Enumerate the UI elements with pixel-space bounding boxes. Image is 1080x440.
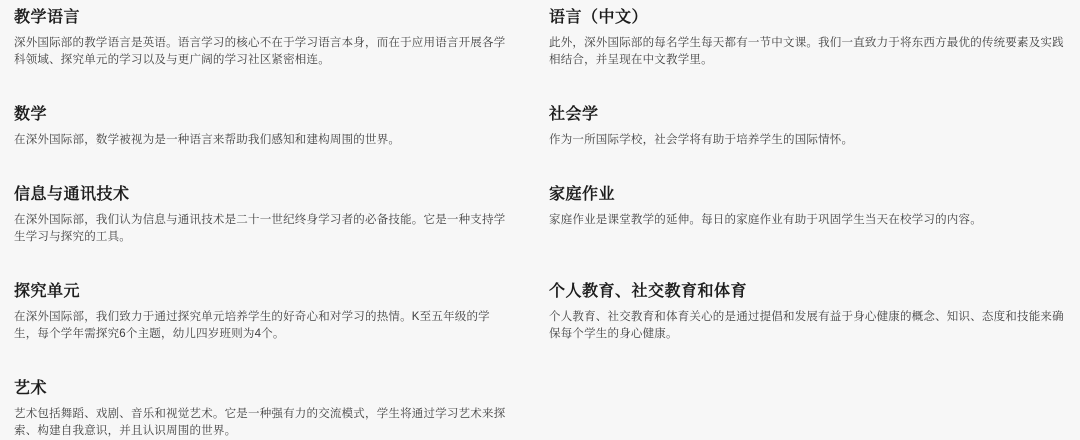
section-title: 社会学 xyxy=(549,105,1066,125)
section-units-of-inquiry: 探究单元 在深外国际部，我们致力于通过探究单元培养学生的好奇心和对学习的热情。K… xyxy=(14,282,511,343)
section-body: 在深外国际部，数学被视为是一种语言来帮助我们感知和建构周围的世界。 xyxy=(14,132,511,149)
section-language-chinese: 语言（中文） 此外，深外国际部的每名学生每天都有一节中文课。我们一直致力于将东西… xyxy=(549,8,1066,69)
page: { "page": { "background": "#f7f7f7", "he… xyxy=(0,0,1080,440)
section-body: 艺术包括舞蹈、戏剧、音乐和视觉艺术。它是一种强有力的交流模式，学生将通过学习艺术… xyxy=(14,406,511,440)
section-body: 在深外国际部，我们认为信息与通讯技术是二十一世纪终身学习者的必备技能。它是一种支… xyxy=(14,212,511,246)
section-body: 个人教育、社交教育和体育关心的是通过提倡和发展有益于身心健康的概念、知识、态度和… xyxy=(549,309,1066,343)
section-pspe: 个人教育、社交教育和体育 个人教育、社交教育和体育关心的是通过提倡和发展有益于身… xyxy=(549,282,1066,343)
section-social-studies: 社会学 作为一所国际学校，社会学将有助于培养学生的国际情怀。 xyxy=(549,105,1066,149)
section-title: 个人教育、社交教育和体育 xyxy=(549,282,1066,302)
section-title: 教学语言 xyxy=(14,8,511,28)
section-title: 家庭作业 xyxy=(549,185,1066,205)
section-mathematics: 数学 在深外国际部，数学被视为是一种语言来帮助我们感知和建构周围的世界。 xyxy=(14,105,511,149)
section-body: 深外国际部的教学语言是英语。语言学习的核心不在于学习语言本身，而在于应用语言开展… xyxy=(14,35,511,69)
section-arts: 艺术 艺术包括舞蹈、戏剧、音乐和视觉艺术。它是一种强有力的交流模式，学生将通过学… xyxy=(14,379,511,440)
curriculum-sections-grid: 教学语言 深外国际部的教学语言是英语。语言学习的核心不在于学习语言本身，而在于应… xyxy=(0,0,1080,440)
section-body: 家庭作业是课堂教学的延伸。每日的家庭作业有助于巩固学生当天在校学习的内容。 xyxy=(549,212,1066,229)
section-title: 艺术 xyxy=(14,379,511,399)
section-title: 语言（中文） xyxy=(549,8,1066,28)
section-homework: 家庭作业 家庭作业是课堂教学的延伸。每日的家庭作业有助于巩固学生当天在校学习的内… xyxy=(549,185,1066,229)
section-body: 在深外国际部，我们致力于通过探究单元培养学生的好奇心和对学习的热情。K至五年级的… xyxy=(14,309,511,343)
section-ict: 信息与通讯技术 在深外国际部，我们认为信息与通讯技术是二十一世纪终身学习者的必备… xyxy=(14,185,511,246)
section-body: 此外，深外国际部的每名学生每天都有一节中文课。我们一直致力于将东西方最优的传统要… xyxy=(549,35,1066,69)
section-title: 数学 xyxy=(14,105,511,125)
section-title: 信息与通讯技术 xyxy=(14,185,511,205)
section-teaching-language: 教学语言 深外国际部的教学语言是英语。语言学习的核心不在于学习语言本身，而在于应… xyxy=(14,8,511,69)
section-title: 探究单元 xyxy=(14,282,511,302)
section-body: 作为一所国际学校，社会学将有助于培养学生的国际情怀。 xyxy=(549,132,1066,149)
